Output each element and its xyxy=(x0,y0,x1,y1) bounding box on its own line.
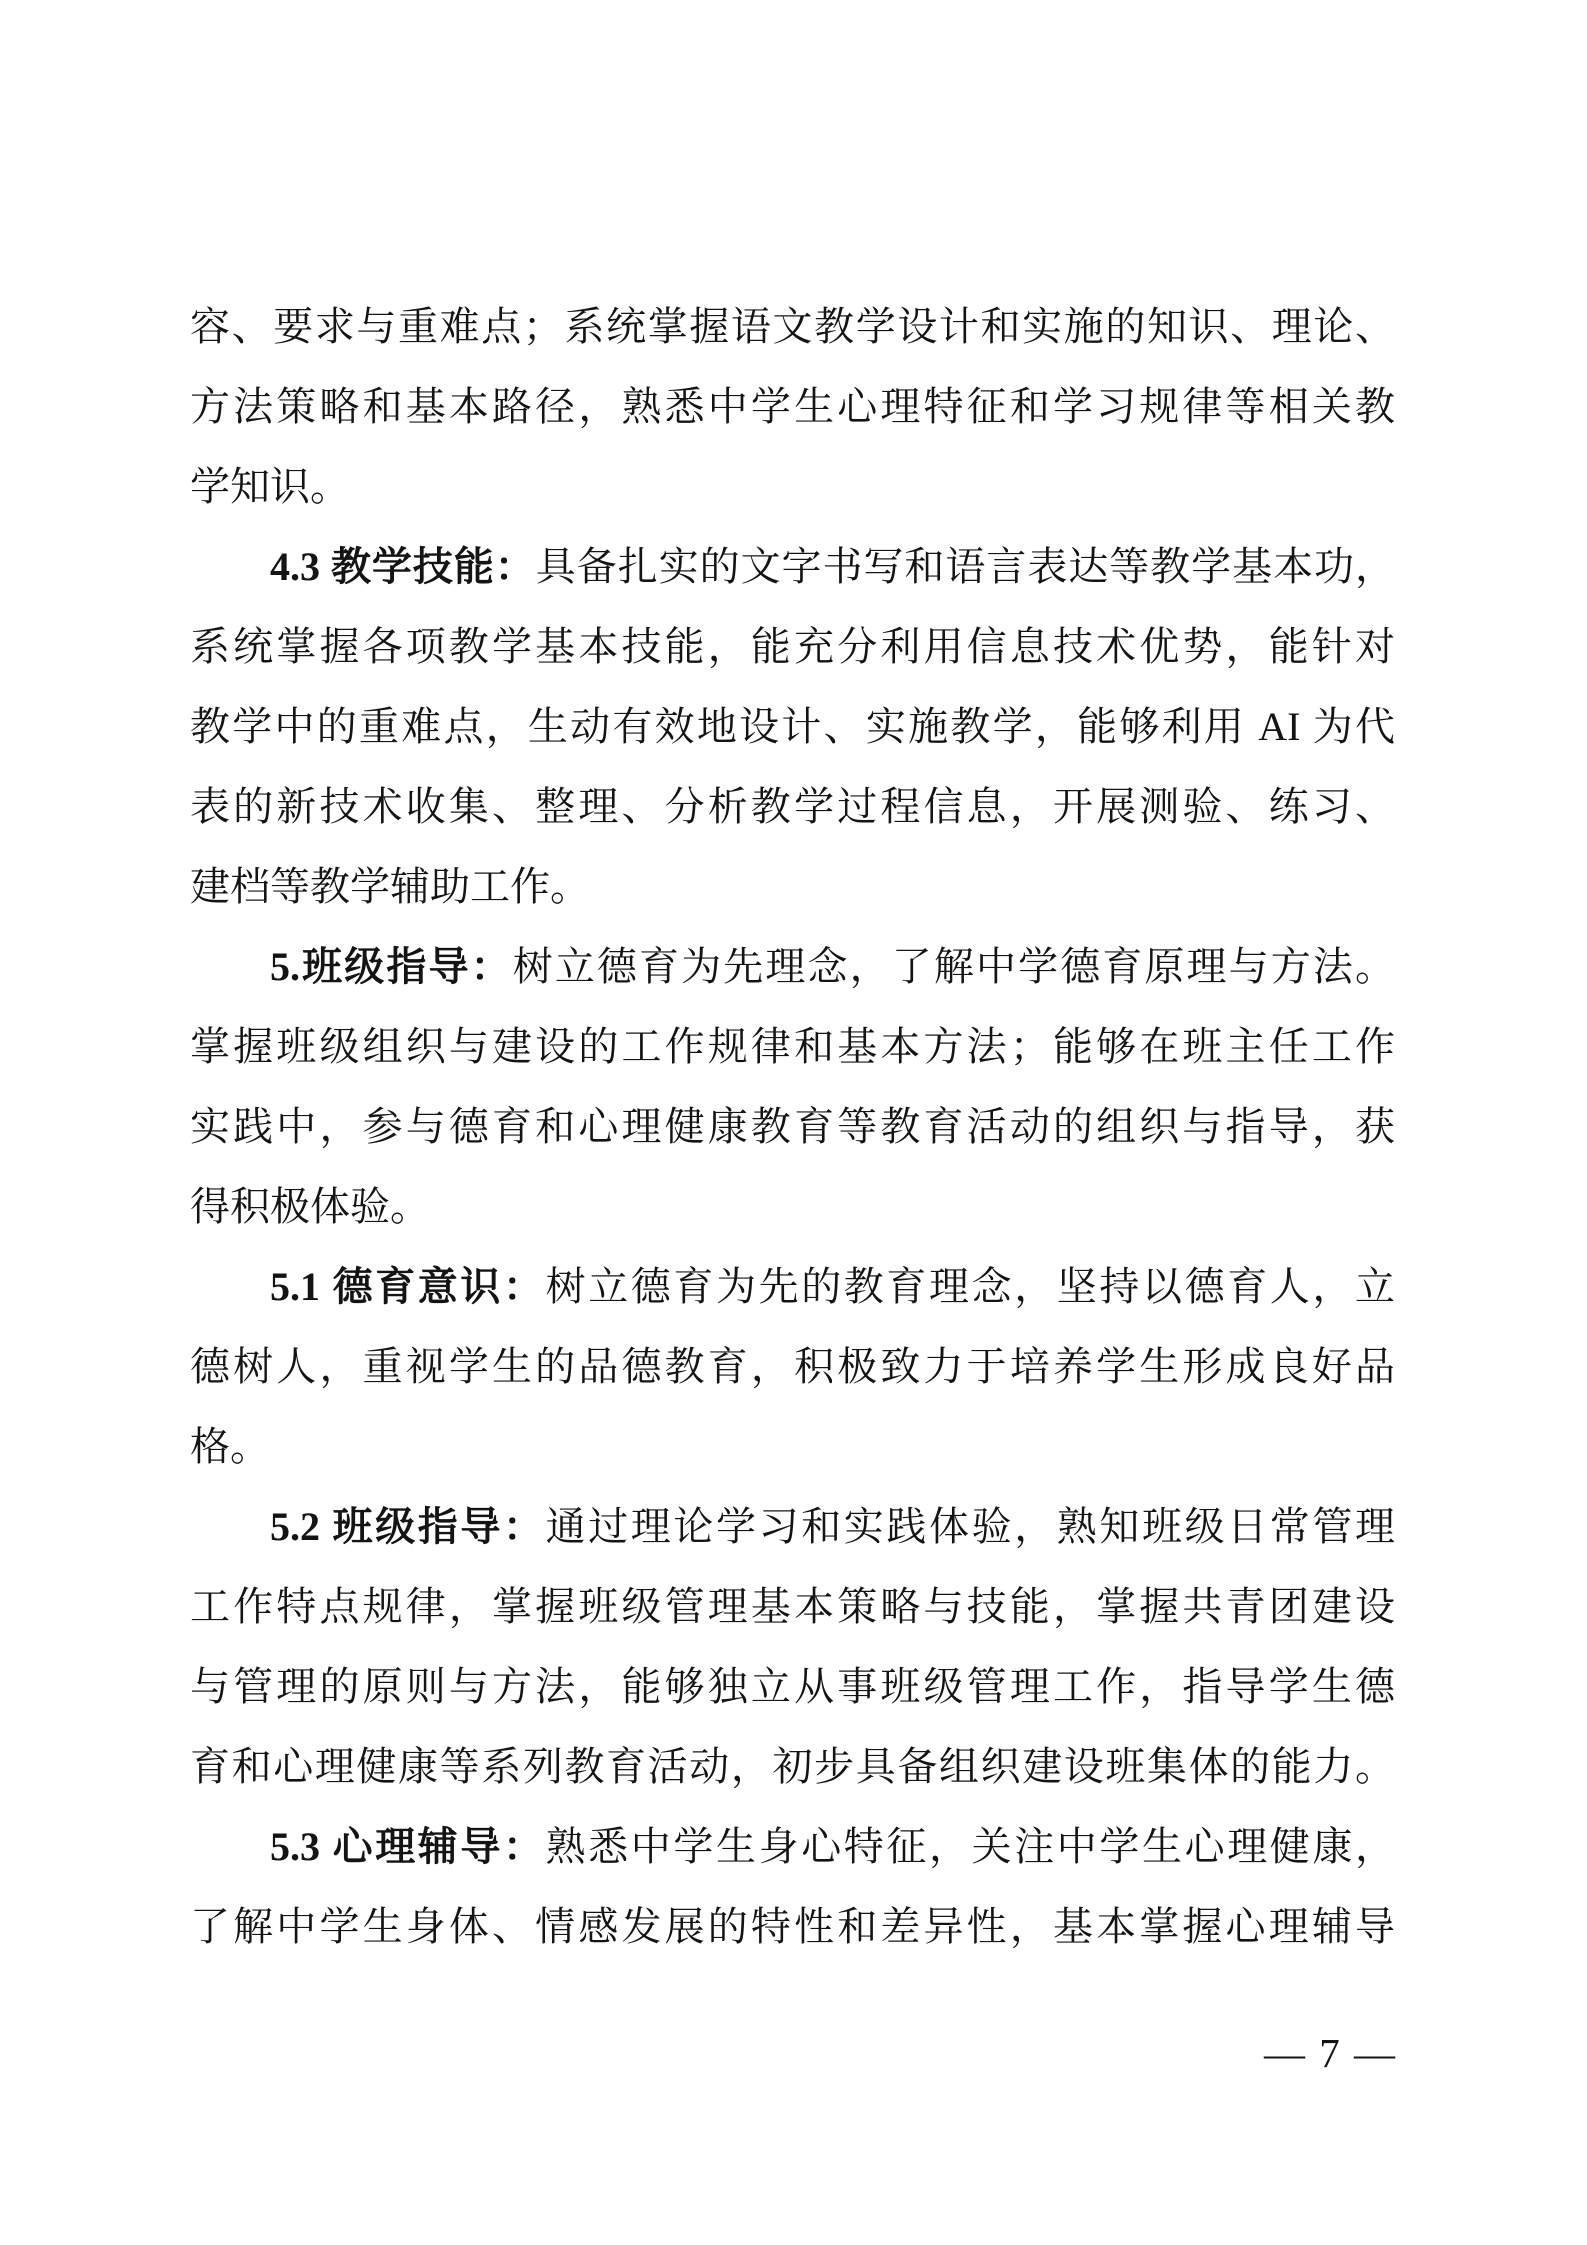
text-line: 表的新技术收集、整理、分析教学过程信息，开展测验、练习、 xyxy=(190,767,1395,847)
body-text-run: 树立德育为先的教育理念，坚持以德育人，立 xyxy=(546,1264,1395,1309)
text-line: 掌握班级组织与建设的工作规律和基本方法；能够在班主任工作 xyxy=(190,1007,1395,1087)
text-line: 5.1 德育意识：树立德育为先的教育理念，坚持以德育人，立 xyxy=(190,1247,1395,1327)
section-heading-run: 5.班级指导： xyxy=(270,944,513,989)
text-line: 5.3 心理辅导：熟悉中学生身心特征，关注中学生心理健康， xyxy=(190,1807,1395,1887)
body-text-run: 工作特点规律，掌握班级管理基本策略与技能，掌握共青团建设 xyxy=(190,1584,1395,1629)
text-line: 5.班级指导：树立德育为先理念，了解中学德育原理与方法。 xyxy=(190,927,1395,1007)
page-number: — 7 — xyxy=(1264,2030,1397,2076)
document-page: 容、要求与重难点；系统掌握语文教学设计和实施的知识、理论、方法策略和基本路径，熟… xyxy=(0,0,1587,2245)
text-line: 实践中，参与德育和心理健康教育等教育活动的组织与指导，获 xyxy=(190,1087,1395,1167)
body-text-run: 方法策略和基本路径，熟悉中学生心理特征和学习规律等相关教 xyxy=(190,384,1395,429)
text-line: 5.2 班级指导：通过理论学习和实践体验，熟知班级日常管理 xyxy=(190,1487,1395,1567)
body-text-run: 德树人，重视学生的品德教育，积极致力于培养学生形成良好品 xyxy=(190,1344,1395,1389)
body-text-run: 树立德育为先理念，了解中学德育原理与方法。 xyxy=(513,944,1395,989)
body-text-run: 格。 xyxy=(190,1424,270,1469)
body-text-run: 系统掌握各项教学基本技能，能充分利用信息技术优势，能针对 xyxy=(190,624,1395,669)
body-text-run: 了解中学生身体、情感发展的特性和差异性，基本掌握心理辅导 xyxy=(190,1904,1395,1949)
section-heading-run: 5.3 心理辅导： xyxy=(270,1824,546,1869)
body-text-run: 通过理论学习和实践体验，熟知班级日常管理 xyxy=(546,1504,1395,1549)
body-text-run: 与管理的原则与方法，能够独立从事班级管理工作，指导学生德 xyxy=(190,1664,1395,1709)
text-line: 容、要求与重难点；系统掌握语文教学设计和实施的知识、理论、 xyxy=(190,287,1395,367)
section-heading-run: 5.1 德育意识： xyxy=(270,1264,546,1309)
body-text-run: 掌握班级组织与建设的工作规律和基本方法；能够在班主任工作 xyxy=(190,1024,1395,1069)
body-text-run: 表的新技术收集、整理、分析教学过程信息，开展测验、练习、 xyxy=(190,784,1395,829)
text-line: 育和心理健康等系列教育活动，初步具备组织建设班集体的能力。 xyxy=(190,1727,1395,1807)
section-heading-run: 5.2 班级指导： xyxy=(270,1504,546,1549)
text-line: 工作特点规律，掌握班级管理基本策略与技能，掌握共青团建设 xyxy=(190,1567,1395,1647)
section-heading-run: 4.3 教学技能： xyxy=(270,544,536,589)
body-text-run: 熟悉中学生身心特征，关注中学生心理健康， xyxy=(546,1824,1395,1869)
text-line: 系统掌握各项教学基本技能，能充分利用信息技术优势，能针对 xyxy=(190,607,1395,687)
text-line: 格。 xyxy=(190,1407,1395,1487)
text-line: 建档等教学辅助工作。 xyxy=(190,847,1395,927)
body-text-run: 得积极体验。 xyxy=(190,1184,430,1229)
document-body: 容、要求与重难点；系统掌握语文教学设计和实施的知识、理论、方法策略和基本路径，熟… xyxy=(190,287,1395,1967)
body-text-run: 具备扎实的文字书写和语言表达等教学基本功， xyxy=(536,544,1395,589)
body-text-run: 实践中，参与德育和心理健康教育等教育活动的组织与指导，获 xyxy=(190,1104,1395,1149)
text-line: 德树人，重视学生的品德教育，积极致力于培养学生形成良好品 xyxy=(190,1327,1395,1407)
text-line: 了解中学生身体、情感发展的特性和差异性，基本掌握心理辅导 xyxy=(190,1887,1395,1967)
text-line: 与管理的原则与方法，能够独立从事班级管理工作，指导学生德 xyxy=(190,1647,1395,1727)
body-text-run: 教学中的重难点，生动有效地设计、实施教学，能够利用 AI 为代 xyxy=(190,704,1395,749)
text-line: 4.3 教学技能：具备扎实的文字书写和语言表达等教学基本功， xyxy=(190,527,1395,607)
body-text-run: 育和心理健康等系列教育活动，初步具备组织建设班集体的能力。 xyxy=(190,1744,1395,1789)
text-line: 教学中的重难点，生动有效地设计、实施教学，能够利用 AI 为代 xyxy=(190,687,1395,767)
text-line: 学知识。 xyxy=(190,447,1395,527)
body-text-run: 建档等教学辅助工作。 xyxy=(190,864,590,909)
body-text-run: 容、要求与重难点；系统掌握语文教学设计和实施的知识、理论、 xyxy=(190,304,1395,349)
text-line: 方法策略和基本路径，熟悉中学生心理特征和学习规律等相关教 xyxy=(190,367,1395,447)
text-line: 得积极体验。 xyxy=(190,1167,1395,1247)
body-text-run: 学知识。 xyxy=(190,464,350,509)
